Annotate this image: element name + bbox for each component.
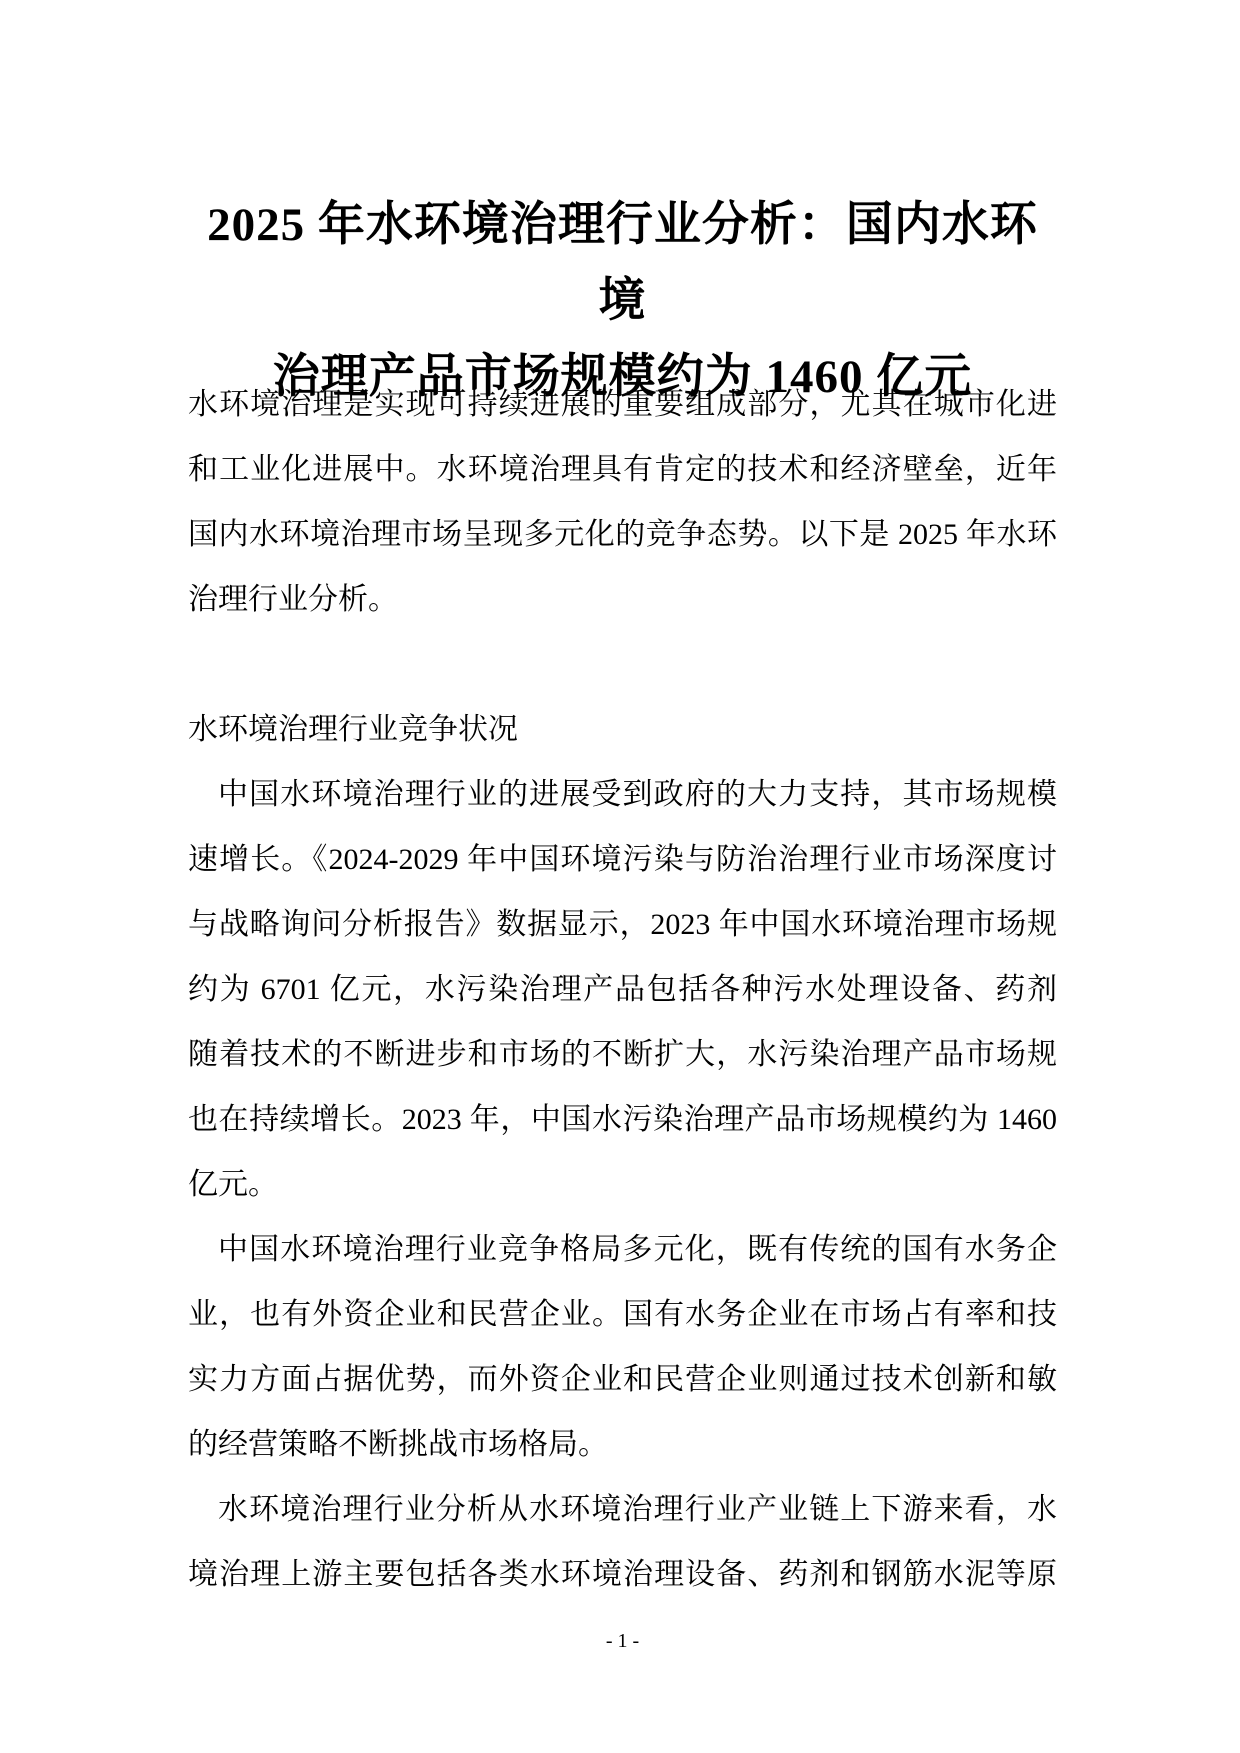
text-line: 速增长。《2024-2029 年中国环境污染与防治治理行业市场深度讨论 xyxy=(188,827,1057,892)
document-page: 2025 年水环境治理行业分析：国内水环境 治理产品市场规模约为 1460 亿元… xyxy=(0,0,1240,1753)
text-line: 与战略询问分析报告》数据显示，2023 年中国水环境治理市场规模 xyxy=(188,892,1057,957)
text-line: 也在持续增长。2023 年，中国水污染治理产品市场规模约为 1460 xyxy=(188,1087,1057,1152)
document-body: 水环境治理是实现可持续进展的重要组成部分，尤其在城市化进程 和工业化进展中。水环… xyxy=(188,372,1057,1607)
paragraph-intro: 水环境治理是实现可持续进展的重要组成部分，尤其在城市化进程 和工业化进展中。水环… xyxy=(188,372,1057,632)
text-line: 亿元。 xyxy=(188,1152,1057,1217)
text-line: 水环境治理是实现可持续进展的重要组成部分，尤其在城市化进程 xyxy=(188,372,1057,437)
text-line: 国内水环境治理市场呈现多元化的竞争态势。以下是 2025 年水环境 xyxy=(188,502,1057,567)
paragraph-industry-chain: 水环境治理行业分析从水环境治理行业产业链上下游来看，水环 境治理上游主要包括各类… xyxy=(188,1477,1057,1607)
text-line: 随着技术的不断进步和市场的不断扩大，水污染治理产品市场规模 xyxy=(188,1022,1057,1087)
text-line: 实力方面占据优势，而外资企业和民营企业则通过技术创新和敏捷 xyxy=(188,1347,1057,1412)
text-line: 和工业化进展中。水环境治理具有肯定的技术和经济壁垒，近年来 xyxy=(188,437,1057,502)
paragraph-competition-landscape: 中国水环境治理行业竞争格局多元化，既有传统的国有水务企 业，也有外资企业和民营企… xyxy=(188,1217,1057,1477)
title-line-1: 2025 年水环境治理行业分析：国内水环境 xyxy=(188,187,1057,339)
section-heading-competition-status: 水环境治理行业竞争状况 xyxy=(188,697,1057,762)
text-line: 治理行业分析。 xyxy=(188,567,1057,632)
paragraph-market-size: 中国水环境治理行业的进展受到政府的大力支持，其市场规模快 速增长。《2024-2… xyxy=(188,762,1057,1217)
text-line: 约为 6701 亿元，水污染治理产品包括各种污水处理设备、药剂等。 xyxy=(188,957,1057,1022)
heading-line: 水环境治理行业竞争状况 xyxy=(188,697,1057,762)
text-line: 的经营策略不断挑战市场格局。 xyxy=(188,1412,1057,1477)
page-number: - 1 - xyxy=(188,1628,1057,1654)
text-line: 水环境治理行业分析从水环境治理行业产业链上下游来看，水环 xyxy=(188,1477,1057,1542)
text-line: 中国水环境治理行业竞争格局多元化，既有传统的国有水务企 xyxy=(188,1217,1057,1282)
text-line: 中国水环境治理行业的进展受到政府的大力支持，其市场规模快 xyxy=(188,762,1057,827)
text-line: 业，也有外资企业和民营企业。国有水务企业在市场占有率和技术 xyxy=(188,1282,1057,1347)
text-line: 境治理上游主要包括各类水环境治理设备、药剂和钢筋水泥等原材 xyxy=(188,1542,1057,1607)
